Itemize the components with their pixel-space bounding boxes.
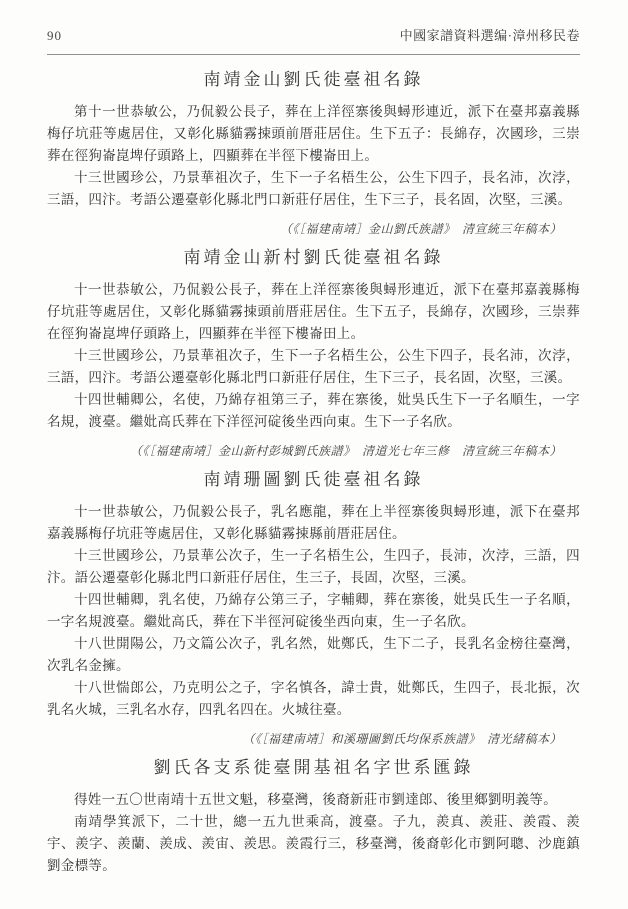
- document-page: 90 中國家譜資料選编·漳州移民卷 南靖金山劉氏徙臺祖名錄 第十一世恭敏公，乃侃…: [0, 0, 628, 909]
- header-rule: [47, 54, 580, 55]
- section-heading: 劉氏各支系徙臺開基祖名字世系匯錄: [47, 755, 580, 781]
- page-header: 90 中國家譜資料選编·漳州移民卷: [47, 26, 580, 44]
- paragraph: 得姓一五〇世南靖十五世文魁，移臺灣，後裔新莊市劉達郎、後里鄉劉明義等。: [47, 789, 580, 811]
- book-title: 中國家譜資料選编·漳州移民卷: [400, 25, 580, 44]
- citation: （《［福建南靖］金山新村彭城劉氏族譜》 清道光七年三修 清宣統三年稿本）: [47, 443, 580, 459]
- citation: （《［福建南靖］金山劉氏族譜》 清宣統三年稿本）: [47, 221, 580, 237]
- paragraph: 十四世輔卿，乳名使，乃綿存公第三子，字輔卿，葬在寨後，妣吳氏生一子名順，一字名規…: [47, 589, 580, 633]
- section-heading: 南靖珊圖劉氏徙臺祖名錄: [47, 467, 580, 493]
- paragraph: 十三世國珍公，乃景華祖次子，生下一子名梧生公，公生下四子，長名沛，次浡，三語，四…: [47, 345, 580, 389]
- citation: （《［福建南靖］和溪珊圖劉氏均保系族譜》 清光緒稿本）: [47, 731, 580, 747]
- section-jinshan-liu: 南靖金山劉氏徙臺祖名錄 第十一世恭敏公，乃侃毅公長子，葬在上洋徑寨後與蟳形連近，…: [47, 67, 580, 237]
- section-shantu-liu: 南靖珊圖劉氏徙臺祖名錄 十一世恭敏公，乃侃毅公長子，乳名應龍，葬在上半徑寨後與蟳…: [47, 467, 580, 747]
- section-jinshan-xincun-liu: 南靖金山新村劉氏徙臺祖名錄 十一世恭敏公，乃侃毅公長子，葬在上洋徑寨後與蟳形連近…: [47, 245, 580, 459]
- paragraph: 十八世開陽公，乃文篇公次子，乳名然，妣鄭氏，生下二子，長乳名金榜往臺灣，次乳名金…: [47, 633, 580, 677]
- section-heading: 南靖金山新村劉氏徙臺祖名錄: [47, 245, 580, 271]
- page-number: 90: [47, 28, 62, 44]
- paragraph: 十三世國珍公，乃景華公次子，生一子名梧生公，生四子，長沛，次浡，三語，四汴。語公…: [47, 545, 580, 589]
- paragraph: 十一世恭敏公，乃侃毅公長子，乳名應龍，葬在上半徑寨後與蟳形連，派下在臺邦嘉義縣梅…: [47, 501, 580, 545]
- paragraph: 南靖學箕派下，二十世，總一五九世乘高，渡臺。子九，羨真、羨莊、羨霞、羨宇、羨字、…: [47, 811, 580, 877]
- paragraph: 十一世恭敏公，乃侃毅公長子，葬在上洋徑寨後與蟳形連近，派下在臺邦嘉義縣梅仔坑莊等…: [47, 279, 580, 345]
- section-heading: 南靖金山劉氏徙臺祖名錄: [47, 67, 580, 93]
- paragraph: 第十一世恭敏公，乃侃毅公長子，葬在上洋徑寨後與蟳形連近，派下在臺邦嘉義縣梅仔坑莊…: [47, 101, 580, 167]
- section-liu-branches-summary: 劉氏各支系徙臺開基祖名字世系匯錄 得姓一五〇世南靖十五世文魁，移臺灣，後裔新莊市…: [47, 755, 580, 877]
- paragraph: 十三世國珍公，乃景華祖次子，生下一子名梧生公，公生下四子，長名沛，次浡，三語，四…: [47, 167, 580, 211]
- paragraph: 十四世輔卿公，名使，乃綿存祖第三子，葬在寨後，妣吳氏生下一子名順生，一字名規，渡…: [47, 389, 580, 433]
- paragraph: 十八世惴郎公，乃克明公之子，字名慎各，諱士貴，妣鄭氏，生四子，長北振，次乳名火城…: [47, 677, 580, 721]
